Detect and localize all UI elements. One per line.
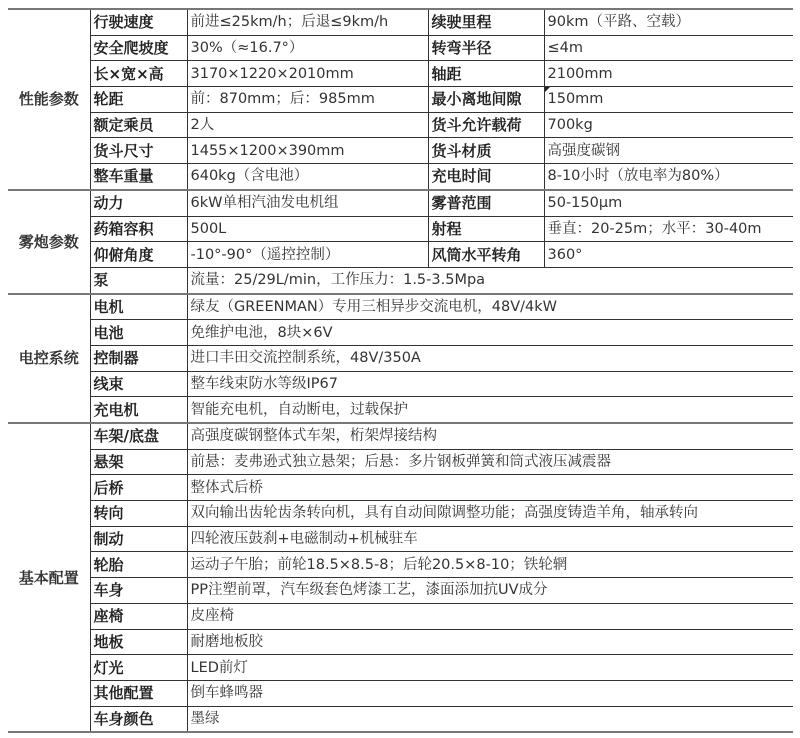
- spec-value: 前进≤25km/h；后退≤9km/h: [187, 9, 428, 35]
- spec-label: 泵: [90, 267, 187, 293]
- spec-label: 货斗尺寸: [90, 138, 187, 164]
- spec-value: LED前灯: [187, 655, 793, 681]
- spec-table: 性能参数行驶速度前进≤25km/h；后退≤9km/h续驶里程90km（平路、空载…: [8, 8, 793, 733]
- spec-value: 3170×1220×2010mm: [187, 61, 428, 87]
- spec-label: 车架/底盘: [90, 423, 187, 449]
- spec-value: 1455×1200×390mm: [187, 138, 428, 164]
- spec-value: 流量：25/29L/min，工作压力：1.5-3.5Mpa: [187, 267, 793, 293]
- spec-value: 绿友（GREENMAN）专用三相异步交流电机，48V/4kW: [187, 294, 793, 320]
- spec-value-text: 高强度碳钢: [548, 143, 621, 159]
- spec-label: 行驶速度: [90, 9, 187, 35]
- spec-value: 智能充电机，自动断电，过载保护: [187, 397, 793, 423]
- spec-label: 药箱容积: [90, 216, 187, 242]
- spec-label: 整车重量: [90, 164, 187, 190]
- spec-value-text: 150mm: [548, 91, 604, 107]
- spec-label: 悬架: [90, 449, 187, 475]
- spec-label: 额定乘员: [90, 112, 187, 138]
- spec-table-body: 性能参数行驶速度前进≤25km/h；后退≤9km/h续驶里程90km（平路、空载…: [8, 9, 793, 732]
- table-row: 基本配置车架/底盘高强度碳钢整体式车架，桁架焊接结构: [8, 423, 793, 449]
- spec-label: 充电机: [90, 397, 187, 423]
- table-row: 轮胎运动子午胎；前轮18.5×8.5-8；后轮20.5×8-10；铁轮辋: [8, 552, 793, 578]
- spec-value: 双向输出齿轮齿条转向机，具有自动间隙调整功能；高强度铸造羊角，轴承转向: [187, 501, 793, 527]
- spec-value: 耐磨地板胶: [187, 629, 793, 655]
- spec-label: 长×宽×高: [90, 61, 187, 87]
- spec-label: 充电时间: [428, 164, 544, 190]
- table-row: 车身颜色墨绿: [8, 706, 793, 732]
- section-group-label: 雾炮参数: [8, 190, 90, 294]
- spec-value-text: 50-150μm: [548, 195, 623, 211]
- spec-value-text: 30%（≈16.7°）: [191, 40, 304, 56]
- table-row: 货斗尺寸1455×1200×390mm货斗材质高强度碳钢: [8, 138, 793, 164]
- spec-value-text: ≤4m: [548, 40, 584, 56]
- spec-label: 转弯半径: [428, 35, 544, 61]
- spec-label: 风筒水平转角: [428, 242, 544, 268]
- table-row: 灯光LED前灯: [8, 655, 793, 681]
- spec-value-text: 6kW单相汽油发电机组: [191, 195, 339, 211]
- spec-value: 整车线束防水等级IP67: [187, 371, 793, 397]
- spec-value: 免维护电池，8块×6V: [187, 320, 793, 346]
- spec-value-text: 垂直：20-25m；水平：30-40m: [548, 221, 762, 237]
- table-row: 悬架前悬：麦弗逊式独立悬架；后悬：多片钢板弹簧和筒式液压减震器: [8, 449, 793, 475]
- spec-value: 30%（≈16.7°）: [187, 35, 428, 61]
- table-row: 后桥整体式后桥: [8, 475, 793, 501]
- spec-value: 四轮液压鼓刹+电磁制动+机械驻车: [187, 526, 793, 552]
- spec-label: 轮距: [90, 87, 187, 113]
- spec-label: 货斗材质: [428, 138, 544, 164]
- table-row: 额定乘员2人货斗允许载荷700kg: [8, 112, 793, 138]
- spec-value: 50-150μm: [544, 190, 793, 216]
- spec-label: 电机: [90, 294, 187, 320]
- spec-value: 高强度碳钢整体式车架，桁架焊接结构: [187, 423, 793, 449]
- spec-label: 轴距: [428, 61, 544, 87]
- spec-value: 高强度碳钢: [544, 138, 793, 164]
- spec-value-text: 3170×1220×2010mm: [191, 66, 354, 82]
- table-row: 地板耐磨地板胶: [8, 629, 793, 655]
- spec-label: 仰俯角度: [90, 242, 187, 268]
- table-row: 性能参数行驶速度前进≤25km/h；后退≤9km/h续驶里程90km（平路、空载…: [8, 9, 793, 35]
- table-row: 电控系统电机绿友（GREENMAN）专用三相异步交流电机，48V/4kW: [8, 294, 793, 320]
- spec-value-text: 90km（平路、空载）: [548, 14, 690, 30]
- spec-label: 最小离地间隙: [428, 87, 544, 113]
- section-group-label: 电控系统: [8, 294, 90, 423]
- spec-value: 运动子午胎；前轮18.5×8.5-8；后轮20.5×8-10；铁轮辋: [187, 552, 793, 578]
- table-row: 安全爬坡度30%（≈16.7°）转弯半径≤4m: [8, 35, 793, 61]
- spec-label: 制动: [90, 526, 187, 552]
- table-row: 线束整车线束防水等级IP67: [8, 371, 793, 397]
- spec-value: 150mm: [544, 87, 793, 113]
- table-row: 长×宽×高3170×1220×2010mm轴距2100mm: [8, 61, 793, 87]
- spec-label: 电池: [90, 320, 187, 346]
- spec-value: 6kW单相汽油发电机组: [187, 190, 428, 216]
- table-row: 轮距前：870mm；后：985mm最小离地间隙150mm: [8, 87, 793, 113]
- spec-value-text: 700kg: [548, 117, 593, 133]
- spec-value: ≤4m: [544, 35, 793, 61]
- spec-value-text: 前：870mm；后：985mm: [191, 91, 375, 107]
- table-row: 药箱容积500L射程垂直：20-25m；水平：30-40m: [8, 216, 793, 242]
- table-row: 整车重量640kg（含电池）充电时间8-10小时（放电率为80%）: [8, 164, 793, 190]
- spec-value: 640kg（含电池）: [187, 164, 428, 190]
- table-row: 制动四轮液压鼓刹+电磁制动+机械驻车: [8, 526, 793, 552]
- table-row: 车身PP注塑前罩，汽车级套色烤漆工艺，漆面添加抗UV成分: [8, 578, 793, 604]
- spec-value-text: 360°: [548, 247, 583, 263]
- spec-label: 灯光: [90, 655, 187, 681]
- table-row: 控制器进口丰田交流控制系统，48V/350A: [8, 345, 793, 371]
- spec-value: 皮座椅: [187, 603, 793, 629]
- table-row: 其他配置倒车蜂鸣器: [8, 680, 793, 706]
- spec-value: 2人: [187, 112, 428, 138]
- table-row: 雾炮参数动力6kW单相汽油发电机组雾普范围50-150μm: [8, 190, 793, 216]
- table-row: 泵流量：25/29L/min，工作压力：1.5-3.5Mpa: [8, 267, 793, 293]
- spec-value-text: 2人: [191, 117, 215, 133]
- table-row: 充电机智能充电机，自动断电，过载保护: [8, 397, 793, 423]
- comment-marker-icon[interactable]: [545, 87, 550, 92]
- spec-value: 进口丰田交流控制系统，48V/350A: [187, 345, 793, 371]
- spec-label: 控制器: [90, 345, 187, 371]
- spec-value-text: 8-10小时（放电率为80%）: [548, 168, 729, 184]
- table-row: 转向双向输出齿轮齿条转向机，具有自动间隙调整功能；高强度铸造羊角，轴承转向: [8, 501, 793, 527]
- spec-value-text: 640kg（含电池）: [191, 168, 309, 184]
- spec-value: 前：870mm；后：985mm: [187, 87, 428, 113]
- spec-value: 8-10小时（放电率为80%）: [544, 164, 793, 190]
- spec-label: 车身颜色: [90, 706, 187, 732]
- table-row: 电池免维护电池，8块×6V: [8, 320, 793, 346]
- spec-value: 500L: [187, 216, 428, 242]
- spec-value-text: -10°-90°（遥控控制）: [191, 247, 340, 263]
- spec-value: PP注塑前罩，汽车级套色烤漆工艺，漆面添加抗UV成分: [187, 578, 793, 604]
- spec-label: 续驶里程: [428, 9, 544, 35]
- spec-value: 前悬：麦弗逊式独立悬架；后悬：多片钢板弹簧和筒式液压减震器: [187, 449, 793, 475]
- section-group-label: 基本配置: [8, 423, 90, 732]
- table-row: 仰俯角度-10°-90°（遥控控制）风筒水平转角360°: [8, 242, 793, 268]
- spec-value: 2100mm: [544, 61, 793, 87]
- spec-value-text: 500L: [191, 221, 227, 237]
- spec-label: 车身: [90, 578, 187, 604]
- spec-label: 货斗允许载荷: [428, 112, 544, 138]
- spec-value: 倒车蜂鸣器: [187, 680, 793, 706]
- spec-value: 360°: [544, 242, 793, 268]
- spec-label: 线束: [90, 371, 187, 397]
- section-group-label: 性能参数: [8, 9, 90, 190]
- spec-label: 后桥: [90, 475, 187, 501]
- spec-value-text: 前进≤25km/h；后退≤9km/h: [191, 14, 389, 30]
- spec-label: 转向: [90, 501, 187, 527]
- spec-label: 雾普范围: [428, 190, 544, 216]
- spec-label: 地板: [90, 629, 187, 655]
- table-row: 座椅皮座椅: [8, 603, 793, 629]
- spec-value: 700kg: [544, 112, 793, 138]
- spec-value-text: 1455×1200×390mm: [191, 143, 345, 159]
- spec-label: 轮胎: [90, 552, 187, 578]
- spec-label: 射程: [428, 216, 544, 242]
- spec-label: 动力: [90, 190, 187, 216]
- spec-value: -10°-90°（遥控控制）: [187, 242, 428, 268]
- spec-value-text: 2100mm: [548, 66, 613, 82]
- spec-value: 墨绿: [187, 706, 793, 732]
- spec-value: 整体式后桥: [187, 475, 793, 501]
- spec-label: 安全爬坡度: [90, 35, 187, 61]
- spec-label: 其他配置: [90, 680, 187, 706]
- spec-value: 90km（平路、空载）: [544, 9, 793, 35]
- spec-label: 座椅: [90, 603, 187, 629]
- spec-value: 垂直：20-25m；水平：30-40m: [544, 216, 793, 242]
